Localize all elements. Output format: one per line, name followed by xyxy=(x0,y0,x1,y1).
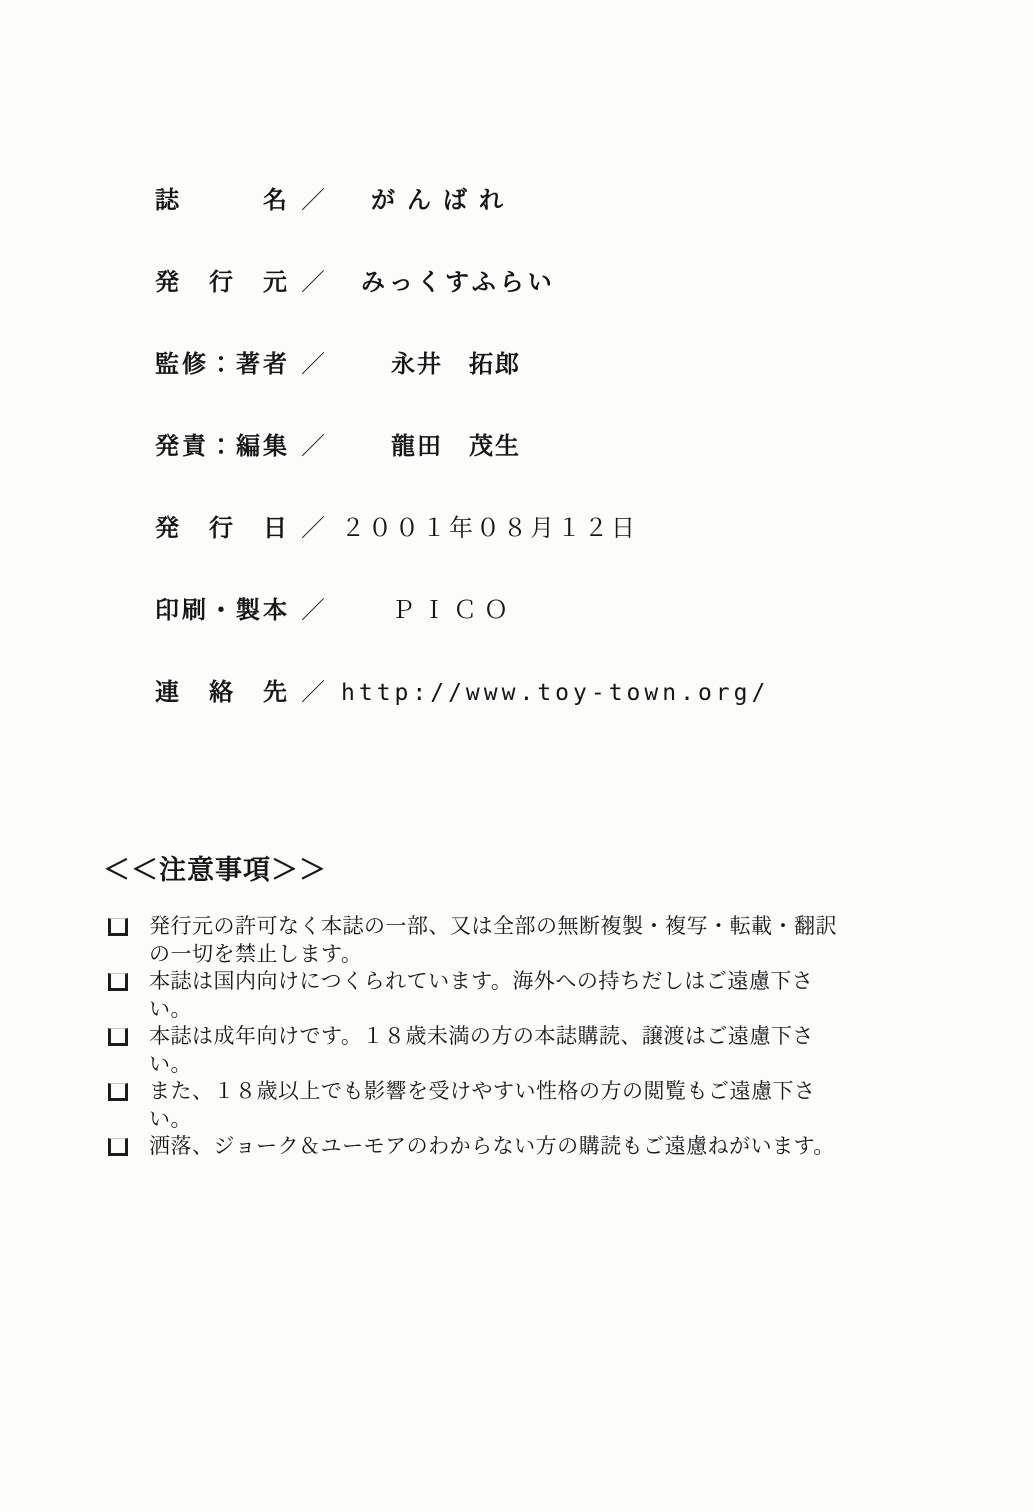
printer-name: ＰＩＣＯ xyxy=(391,596,515,626)
notice-list: 発行元の許可なく本誌の一部、又は全部の無断複製・複写・転載・翻訳の一切を禁止しま… xyxy=(108,913,888,1161)
slash-separator: ／ xyxy=(301,678,325,708)
colophon-page: 誌名 ／ がんばれ 発行元 ／ みっくすふらい 監修：著者 ／ 永井 拓郎 発責… xyxy=(0,0,1034,1512)
checkbox-icon xyxy=(108,973,128,991)
colophon-label: 連絡先 xyxy=(155,678,287,708)
colophon-label: 発行元 xyxy=(155,268,287,298)
checkbox-icon xyxy=(108,918,128,936)
slash-separator: ／ xyxy=(301,596,325,626)
notice-heading: ＜＜注意事項＞＞ xyxy=(103,848,327,887)
notice-item-text: 発行元の許可なく本誌の一部、又は全部の無断複製・複写・転載・翻訳の一切を禁止しま… xyxy=(149,913,855,968)
slash-separator: ／ xyxy=(301,186,325,216)
notice-item-text: 洒落、ジョーク＆ユーモアのわからない方の購読もご遠慮ねがいます。 xyxy=(149,1133,855,1161)
checkbox-icon xyxy=(108,1138,128,1156)
notice-item: 本誌は国内向けにつくられています。海外への持ちだしはご遠慮下さい。 xyxy=(108,968,888,1023)
colophon-row-publisher: 発行元 ／ みっくすふらい xyxy=(155,268,769,350)
colophon-label: 発行日 xyxy=(155,514,287,544)
slash-separator: ／ xyxy=(301,432,325,462)
contact-url: http://www.toy-town.org/ xyxy=(341,678,769,708)
colophon-row-date: 発行日 ／ ２００１年０８月１２日 xyxy=(155,514,769,596)
notice-item-text: 本誌は国内向けにつくられています。海外への持ちだしはご遠慮下さい。 xyxy=(149,968,855,1023)
slash-separator: ／ xyxy=(301,268,325,298)
notice-item: 本誌は成年向けです。１８歳未満の方の本誌購読、譲渡はご遠慮下さい。 xyxy=(108,1023,888,1078)
slash-separator: ／ xyxy=(301,350,325,380)
editor-name: 龍田 茂生 xyxy=(391,432,521,462)
magazine-title: がんばれ xyxy=(371,186,515,216)
checkbox-icon xyxy=(108,1083,128,1101)
notice-item: 洒落、ジョーク＆ユーモアのわからない方の購読もご遠慮ねがいます。 xyxy=(108,1133,888,1161)
colophon-label: 発責：編集 xyxy=(155,432,287,462)
notice-item-text: 本誌は成年向けです。１８歳未満の方の本誌購読、譲渡はご遠慮下さい。 xyxy=(149,1023,855,1078)
notice-item: 発行元の許可なく本誌の一部、又は全部の無断複製・複写・転載・翻訳の一切を禁止しま… xyxy=(108,913,888,968)
slash-separator: ／ xyxy=(301,514,325,544)
colophon-row-author: 監修：著者 ／ 永井 拓郎 xyxy=(155,350,769,432)
colophon-row-title: 誌名 ／ がんばれ xyxy=(155,186,769,268)
colophon-row-printer: 印刷・製本 ／ ＰＩＣＯ xyxy=(155,596,769,678)
checkbox-icon xyxy=(108,1028,128,1046)
author-name: 永井 拓郎 xyxy=(391,350,521,380)
colophon-label: 印刷・製本 xyxy=(155,596,287,626)
colophon-block: 誌名 ／ がんばれ 発行元 ／ みっくすふらい 監修：著者 ／ 永井 拓郎 発責… xyxy=(155,186,769,760)
colophon-row-editor: 発責：編集 ／ 龍田 茂生 xyxy=(155,432,769,514)
colophon-row-contact: 連絡先 ／ http://www.toy-town.org/ xyxy=(155,678,769,760)
publication-date: ２００１年０８月１２日 xyxy=(341,514,638,544)
publisher-name: みっくすふらい xyxy=(361,268,556,298)
notice-item: また、１８歳以上でも影響を受けやすい性格の方の閲覧もご遠慮下さい。 xyxy=(108,1078,888,1133)
colophon-label: 誌名 xyxy=(155,186,287,216)
colophon-label: 監修：著者 xyxy=(155,350,287,380)
notice-item-text: また、１８歳以上でも影響を受けやすい性格の方の閲覧もご遠慮下さい。 xyxy=(149,1078,855,1133)
